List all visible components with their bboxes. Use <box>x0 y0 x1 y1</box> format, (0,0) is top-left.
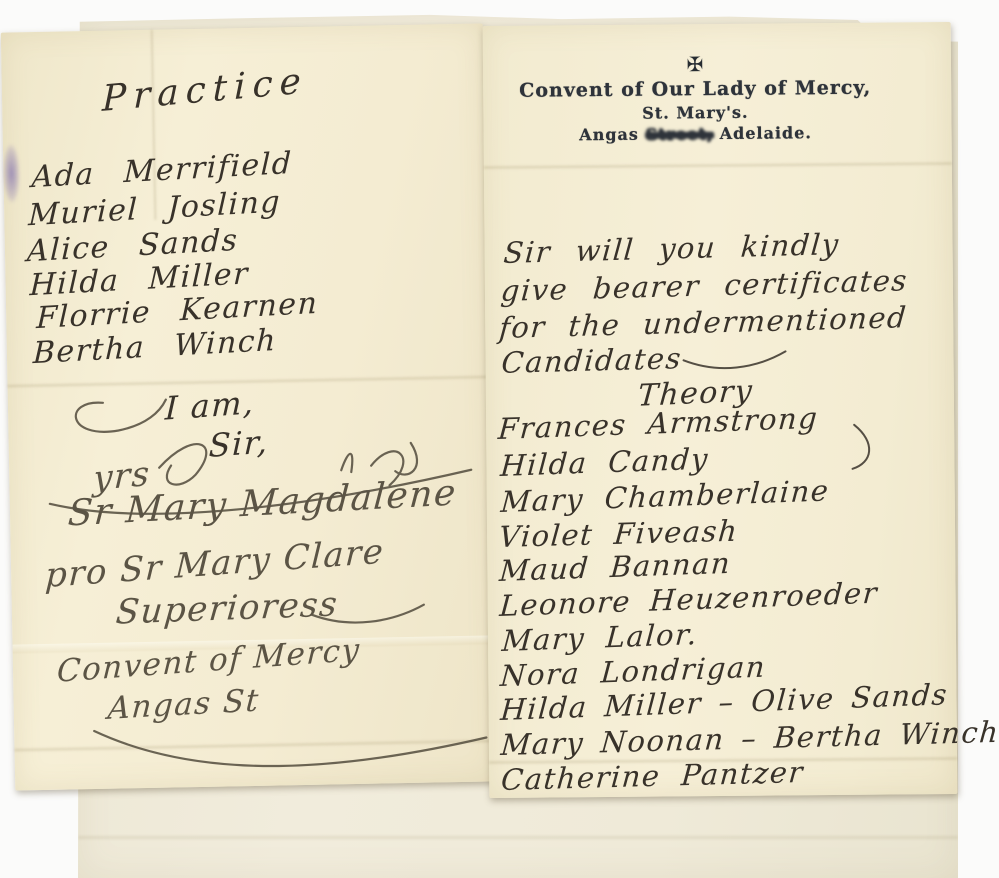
practice-heading: Practice <box>102 60 308 120</box>
scanned-letter: Practice Ada Merrifield Muriel Josling A… <box>0 0 999 878</box>
maltese-cross-icon: ✠ <box>483 52 907 76</box>
right-page: ✠ Convent of Our Lady of Mercy, St. Mary… <box>483 22 958 798</box>
letterhead-angas: Angas <box>579 125 639 145</box>
fold-crease <box>484 162 952 169</box>
theory-candidate: Catherine Pantzer <box>500 755 805 797</box>
superioress-title: Superioress <box>114 584 340 632</box>
letterhead-line-3: Angas Street, Adelaide. <box>484 122 908 145</box>
letterhead-street-struck: Street, <box>645 124 713 144</box>
body-line: for the undermentioned <box>498 300 909 345</box>
fold-crease <box>15 739 497 751</box>
closing-line-i-am: I am, <box>164 383 255 428</box>
closing-line-sir: Sir, <box>208 422 269 464</box>
letterhead-adelaide: Adelaide. <box>720 123 812 143</box>
body-line: Sir will you kindly <box>502 227 841 270</box>
theory-candidate: Hilda Candy <box>499 442 710 483</box>
body-line: Candidates <box>500 341 683 380</box>
fold-crease <box>78 836 958 839</box>
letterhead-line-2: St. Mary's. <box>483 101 907 124</box>
printed-letterhead: ✠ Convent of Our Lady of Mercy, St. Mary… <box>483 52 908 145</box>
left-page: Practice Ada Merrifield Muriel Josling A… <box>1 23 497 790</box>
letterhead-line-1: Convent of Our Lady of Mercy, <box>483 76 907 102</box>
ink-smudge <box>3 144 20 202</box>
address-angas-st: Angas St <box>107 682 261 726</box>
theory-candidate: Frances Armstrong <box>497 401 820 446</box>
theory-candidate: Mary Lalor. <box>501 617 699 658</box>
